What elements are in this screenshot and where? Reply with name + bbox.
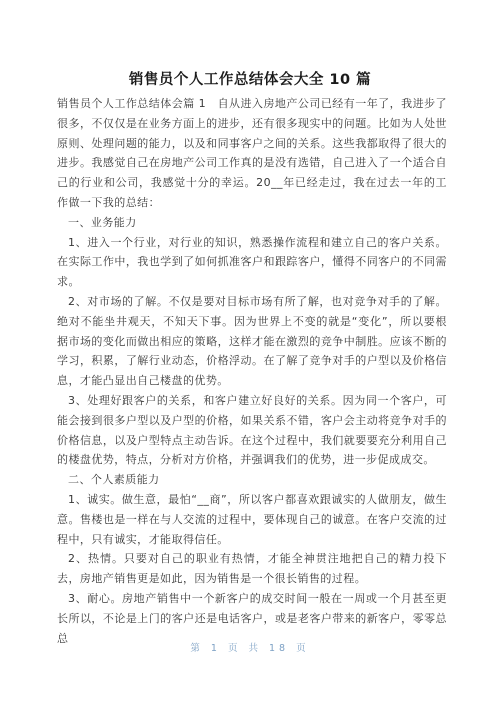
document-title: 销售员个人工作总结体会大全 10 篇 — [0, 68, 500, 89]
section-heading-1: 一、业务能力 — [57, 213, 447, 233]
paragraph-2-1: 1、诚实。做生意，最怕“__商”，所以客户都喜欢跟诚实的人做朋友，做生意。售楼也… — [57, 490, 447, 549]
page-number-indicator: 第 1 页 共 18 页 — [0, 640, 500, 654]
paragraph-1-2: 2、对市场的了解。不仅是要对目标市场有所了解，也对竞争对手的了解。绝对不能坐井观… — [57, 292, 447, 391]
paragraph-1-1: 1、进入一个行业，对行业的知识，熟悉操作流程和建立自己的客户关系。在实际工作中，… — [57, 233, 447, 292]
document-page: 销售员个人工作总结体会大全 10 篇 销售员个人工作总结体会篇 1 自从进入房地… — [0, 0, 500, 707]
document-body: 销售员个人工作总结体会篇 1 自从进入房地产公司已经有一年了，我进步了很多，不仅… — [57, 94, 447, 648]
paragraph-2-2: 2、热情。只要对自己的职业有热情，才能全神贯注地把自己的精力投下去，房地产销售更… — [57, 549, 447, 589]
paragraph-intro: 销售员个人工作总结体会篇 1 自从进入房地产公司已经有一年了，我进步了很多，不仅… — [57, 94, 447, 213]
section-heading-2: 二、个人素质能力 — [57, 470, 447, 490]
paragraph-1-3: 3、处理好跟客户的关系，和客户建立好良好的关系。因为同一个客户，可能会接到很多户… — [57, 391, 447, 470]
